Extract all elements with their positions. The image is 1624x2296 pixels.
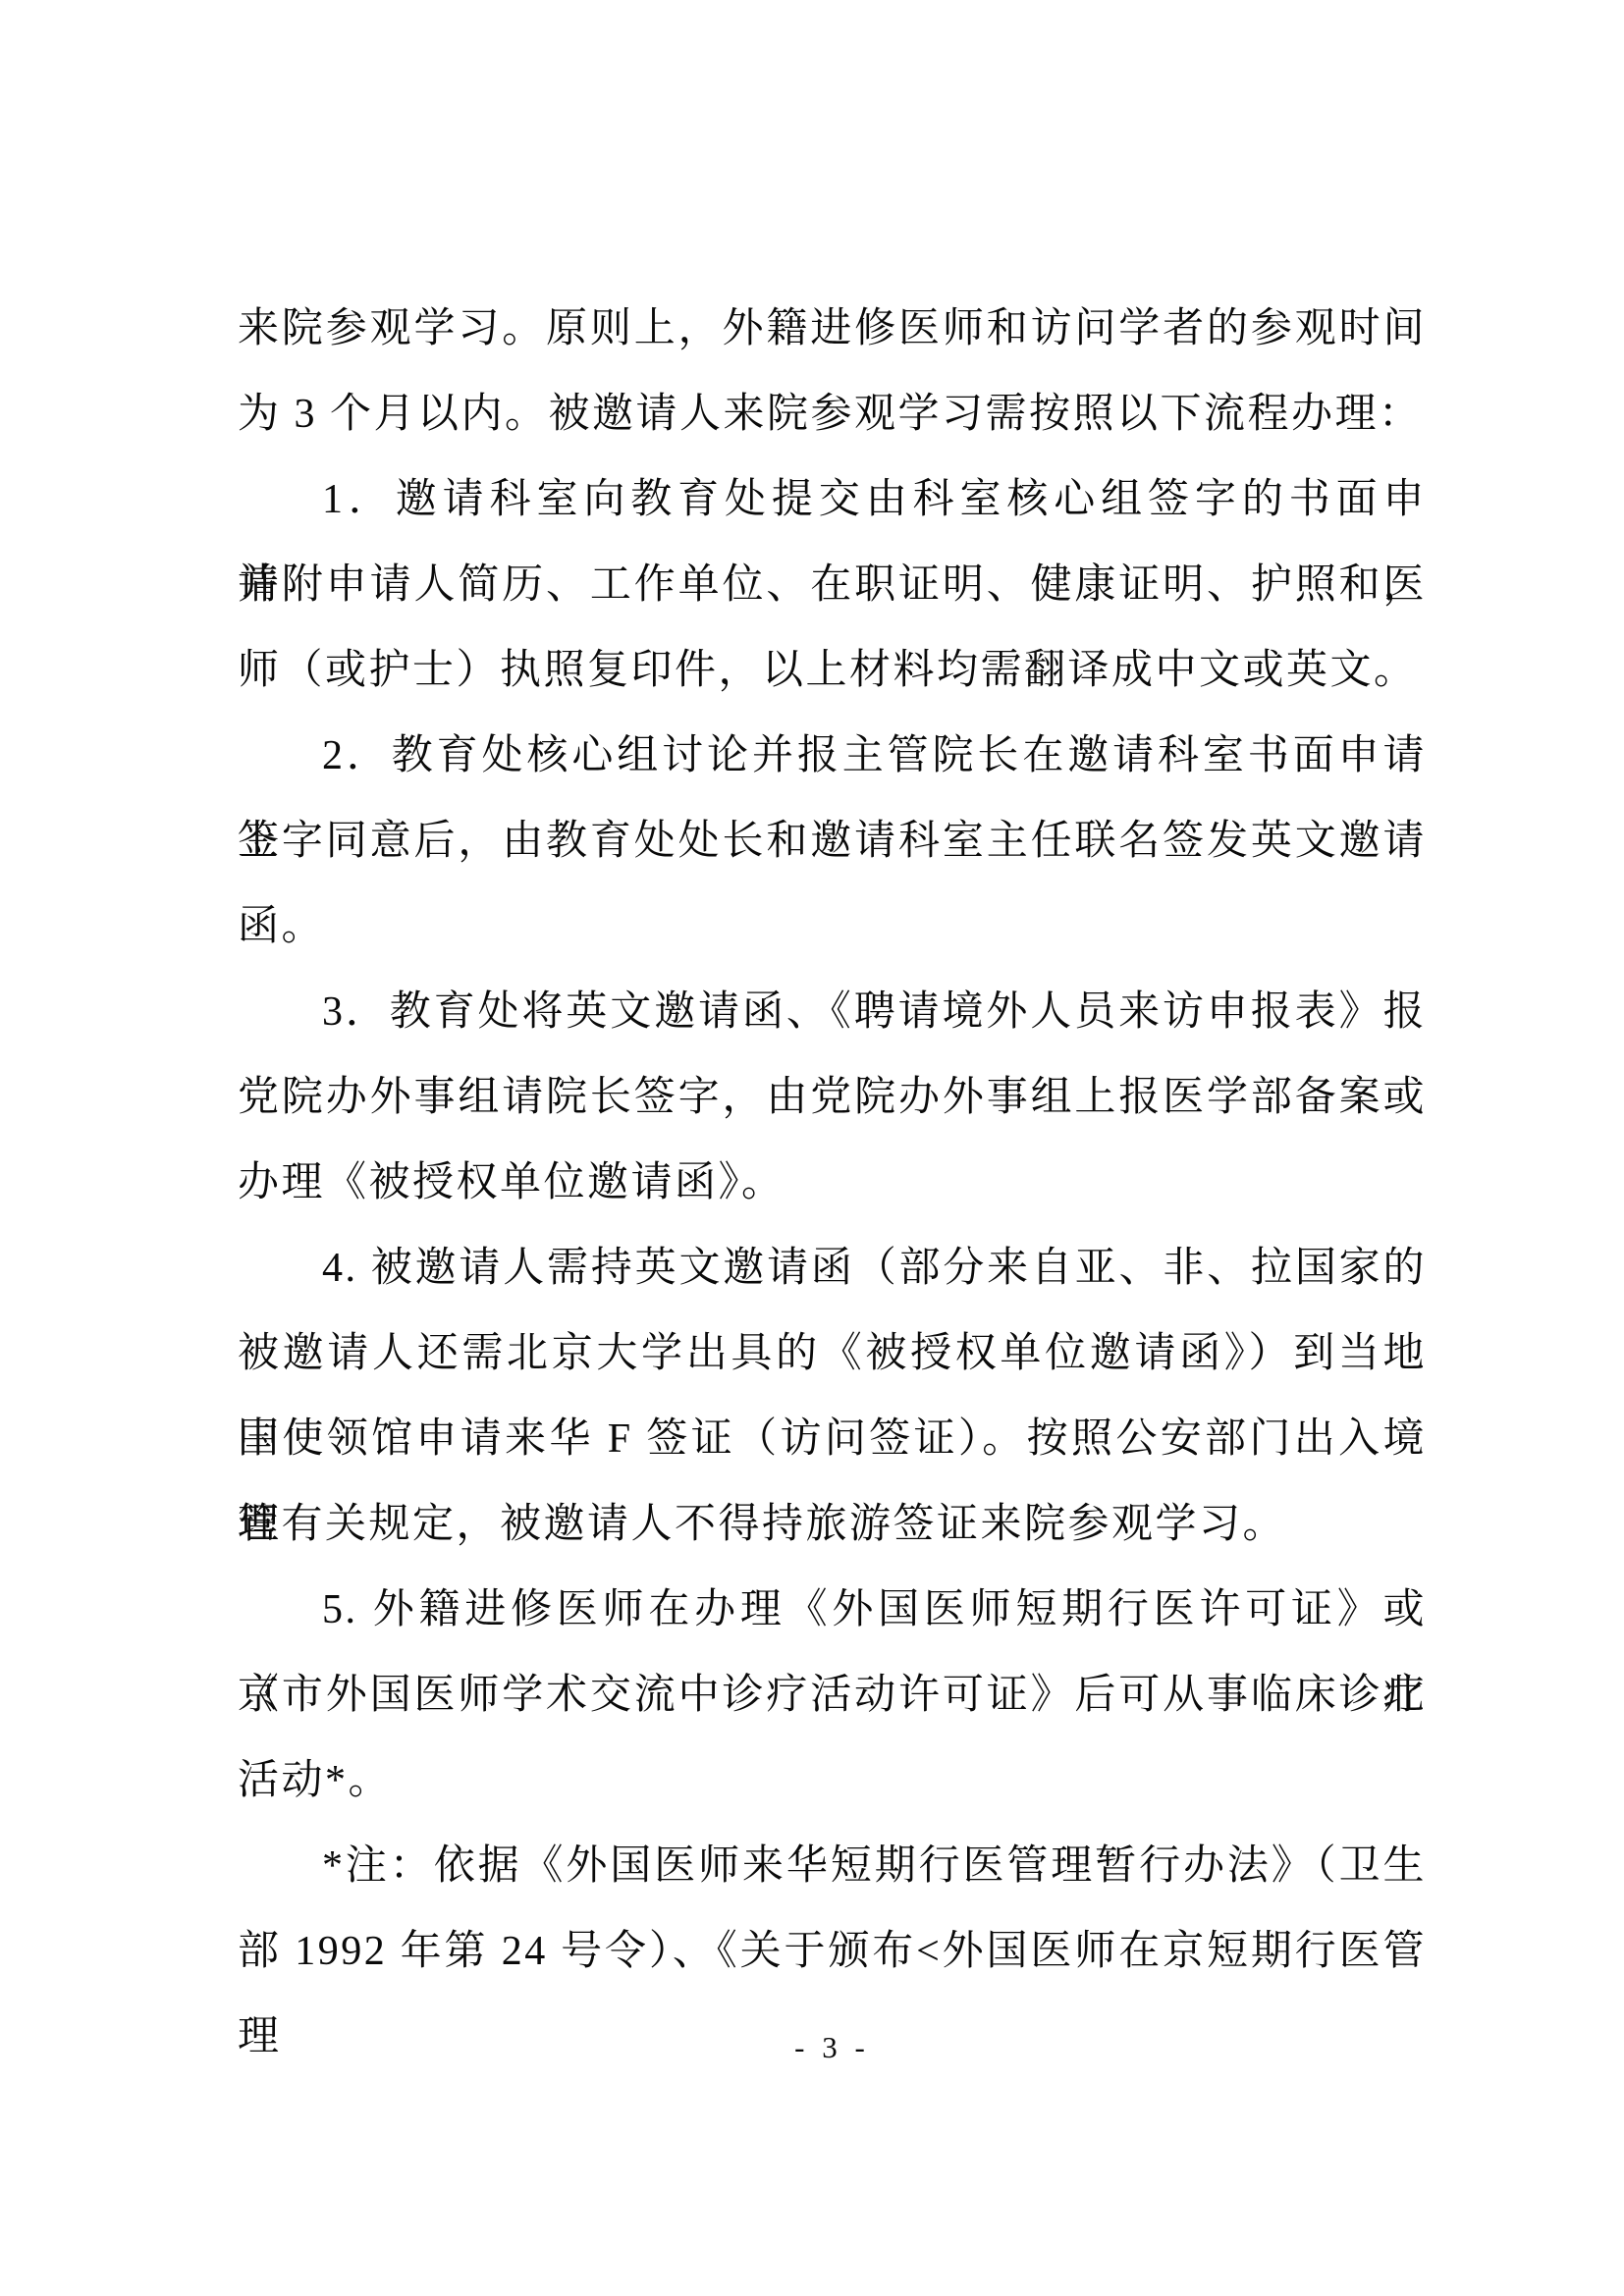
document-body: 来院参观学习。原则上，外籍进修医师和访问学者的参观时间 为 3 个月以内。被邀请…	[238, 287, 1427, 1995]
text-line: 师（或护士）执照复印件，以上材料均需翻译成中文或英文。	[238, 628, 1427, 714]
text-line: 京市外国医师学术交流中诊疗活动许可证》后可从事临床诊疗	[238, 1653, 1427, 1738]
text-line: 1．邀请科室向教育处提交由科室核心组签字的书面申请，	[238, 457, 1427, 543]
text-line: 党院办外事组请院长签字，由党院办外事组上报医学部备案或	[238, 1055, 1427, 1141]
text-line: 来院参观学习。原则上，外籍进修医师和访问学者的参观时间	[238, 287, 1427, 372]
text-line: 并附申请人简历、工作单位、在职证明、健康证明、护照和医	[238, 543, 1427, 628]
text-line: 活动*。	[238, 1738, 1427, 1824]
page-number: - 3 -	[238, 2024, 1427, 2071]
text-line: 被邀请人还需北京大学出具的《被授权单位邀请函》）到当地中	[238, 1311, 1427, 1397]
text-line: 理有关规定，被邀请人不得持旅游签证来院参观学习。	[238, 1482, 1427, 1568]
text-line: 3．教育处将英文邀请函、《聘请境外人员来访申报表》报	[238, 970, 1427, 1055]
text-line: 2．教育处核心组讨论并报主管院长在邀请科室书面申请上	[238, 714, 1427, 799]
text-line: 部 1992 年第 24 号令）、《关于颁布<外国医师在京短期行医管理	[238, 1909, 1427, 1995]
document-page: 来院参观学习。原则上，外籍进修医师和访问学者的参观时间 为 3 个月以内。被邀请…	[0, 0, 1624, 2296]
text-line: 5. 外籍进修医师在办理《外国医师短期行医许可证》或《北	[238, 1568, 1427, 1653]
text-line: 4. 被邀请人需持英文邀请函（部分来自亚、非、拉国家的	[238, 1226, 1427, 1311]
text-line: 函。	[238, 884, 1427, 970]
text-line: 签字同意后，由教育处处长和邀请科室主任联名签发英文邀请	[238, 799, 1427, 884]
text-line: 办理《被授权单位邀请函》。	[238, 1141, 1427, 1226]
text-line: 国使领馆申请来华 F 签证（访问签证）。按照公安部门出入境管	[238, 1397, 1427, 1482]
text-line: 为 3 个月以内。被邀请人来院参观学习需按照以下流程办理：	[238, 372, 1427, 457]
text-line: *注：依据《外国医师来华短期行医管理暂行办法》（卫生	[238, 1824, 1427, 1909]
